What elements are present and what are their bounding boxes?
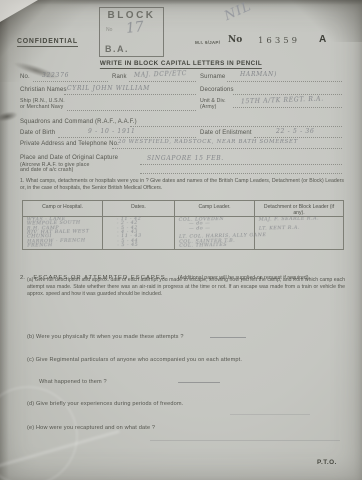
field-enlistment-value: 22 - 5 - 36 <box>276 128 314 135</box>
table-column-leader: COL. LOVEDEN — do — — do — LT. COL. HARR… <box>175 217 255 249</box>
form-reference: M.I. 9/JAP/ <box>195 40 220 45</box>
stamp-no-label: No <box>106 27 112 33</box>
crease-streak-bottom-left <box>0 430 120 471</box>
question-2b-text: (b) Were you physically fit when you mad… <box>27 334 184 340</box>
field-no-label: No. <box>20 74 30 80</box>
field-no-value: 322376 <box>42 72 69 79</box>
question-2d-text: (d) Give briefly your experiences during… <box>27 401 183 407</box>
field-surname-label: Surname <box>200 74 225 80</box>
scanned-document-page: CONFIDENTIAL BLOCK No 17 B.A. NIL M.I. 9… <box>0 0 362 480</box>
field-squadron-label: Squadrons and Command (R.A.F., A.A.F.) <box>20 119 137 125</box>
dotted-line <box>58 136 196 138</box>
field-ship-label-line2: or Merchant Navy <box>20 104 63 110</box>
field-christian-names-value: CYRIL JOHN WILLIAM <box>67 85 150 92</box>
dotted-line <box>64 93 196 95</box>
field-unit-label-line2: (Army) <box>200 104 216 110</box>
dotted-line <box>254 136 342 138</box>
paper-tear-top-left <box>0 0 44 26</box>
dotted-line <box>129 80 196 82</box>
series-letter: A <box>319 34 326 45</box>
field-surname-value: HARMAN) <box>240 71 277 78</box>
dotted-line <box>140 172 342 174</box>
dotted-line <box>130 125 342 127</box>
question-2c2-text: What happened to them ? <box>39 379 107 385</box>
field-rank-value: MAJ. DCP/ETC <box>134 70 187 79</box>
scan-shadow-left <box>0 0 9 480</box>
block-stamp: BLOCK No 17 B.A. <box>99 7 164 57</box>
question-1-text: 1. What camps, detachments or hospitals … <box>20 178 344 192</box>
pencil-dash <box>210 337 246 338</box>
field-decorations-label: Decorations <box>200 87 234 93</box>
scan-shadow-top <box>0 0 362 5</box>
table-header-block-leader: Detachment or Block Leader (if any). <box>255 201 343 217</box>
pencil-line <box>150 440 340 441</box>
dotted-line <box>140 163 342 165</box>
table-cell-entry: COL. THWAITES <box>179 243 266 249</box>
field-dob-value: 9 - 10 - 1911 <box>88 128 136 135</box>
dotted-line <box>112 147 342 149</box>
question-2a-text: (a) Give full description and approx. da… <box>27 277 345 298</box>
pencil-smudge <box>230 414 310 415</box>
table-header-camp: Camp or Hospital. <box>23 201 103 217</box>
edge-crease-left <box>0 110 19 123</box>
field-capture-label-line3: and date of a/c crash) <box>20 167 73 173</box>
dotted-line <box>233 106 342 108</box>
field-address-label: Private Address and Telephone No. <box>20 141 119 147</box>
stamp-ba-text: B.A. <box>105 44 129 54</box>
serial-no-label: No <box>228 35 242 45</box>
dotted-line <box>67 109 196 111</box>
stamp-number-handwritten: 17 <box>125 19 144 37</box>
pto-label: P.T.O. <box>317 459 337 466</box>
table-cell-entry: - 5 - 45 <box>117 244 142 249</box>
table-cell-entry: FRENCH <box>27 243 89 249</box>
table-header-leader: Camp Leader. <box>175 201 255 217</box>
pencil-dash <box>178 382 220 383</box>
field-enlistment-label: Date of Enlistment <box>200 130 252 136</box>
table-cell-entry <box>259 243 319 249</box>
field-dob-label: Date of Birth <box>20 130 55 136</box>
field-address-value: 20 WESTFIELD, RADSTOCK, NEAR BATH SOMERS… <box>118 139 298 145</box>
dotted-line <box>227 80 342 82</box>
table-header-dates: Dates. <box>103 201 175 217</box>
field-capture-value: SINGAPORE 15 FEB. <box>147 155 224 162</box>
dotted-line <box>33 80 108 82</box>
camps-table: Camp or Hospital. Dates. Camp Leader. De… <box>22 200 344 250</box>
confidential-label: CONFIDENTIAL <box>17 38 78 47</box>
question-2c-text: (c) Give Regimental particulars of anyon… <box>27 357 242 363</box>
nil-handwritten-annotation: NIL <box>222 0 254 24</box>
field-capture-label-line1: Place and Date of Original Capture <box>20 155 118 161</box>
section-2-number: 2. <box>20 275 25 281</box>
field-christian-names-label: Christian Names <box>20 87 67 93</box>
question-2e-text: (e) How were you recaptured and on what … <box>27 425 155 431</box>
table-column-camp: WYAS - LANE WEMPOLE SOUTH R.H. CAMP RIV.… <box>23 217 103 249</box>
table-column-dates: - 11 - 42 - 2 - 42 - 5 - 42 - 4 - 43 - 1… <box>103 217 175 249</box>
instruction-banner: WRITE IN BLOCK CAPITAL LETTERS IN PENCIL <box>100 60 262 69</box>
table-column-block-leader: MAJ. F. SEARLE R.A. LT. KENT R.A. <box>255 217 343 249</box>
field-unit-value: 15TH A/TK REGT. R.A. <box>241 96 324 106</box>
serial-number: 16359 <box>258 36 300 46</box>
field-rank-label: Rank <box>112 74 127 80</box>
dotted-line <box>233 93 342 95</box>
